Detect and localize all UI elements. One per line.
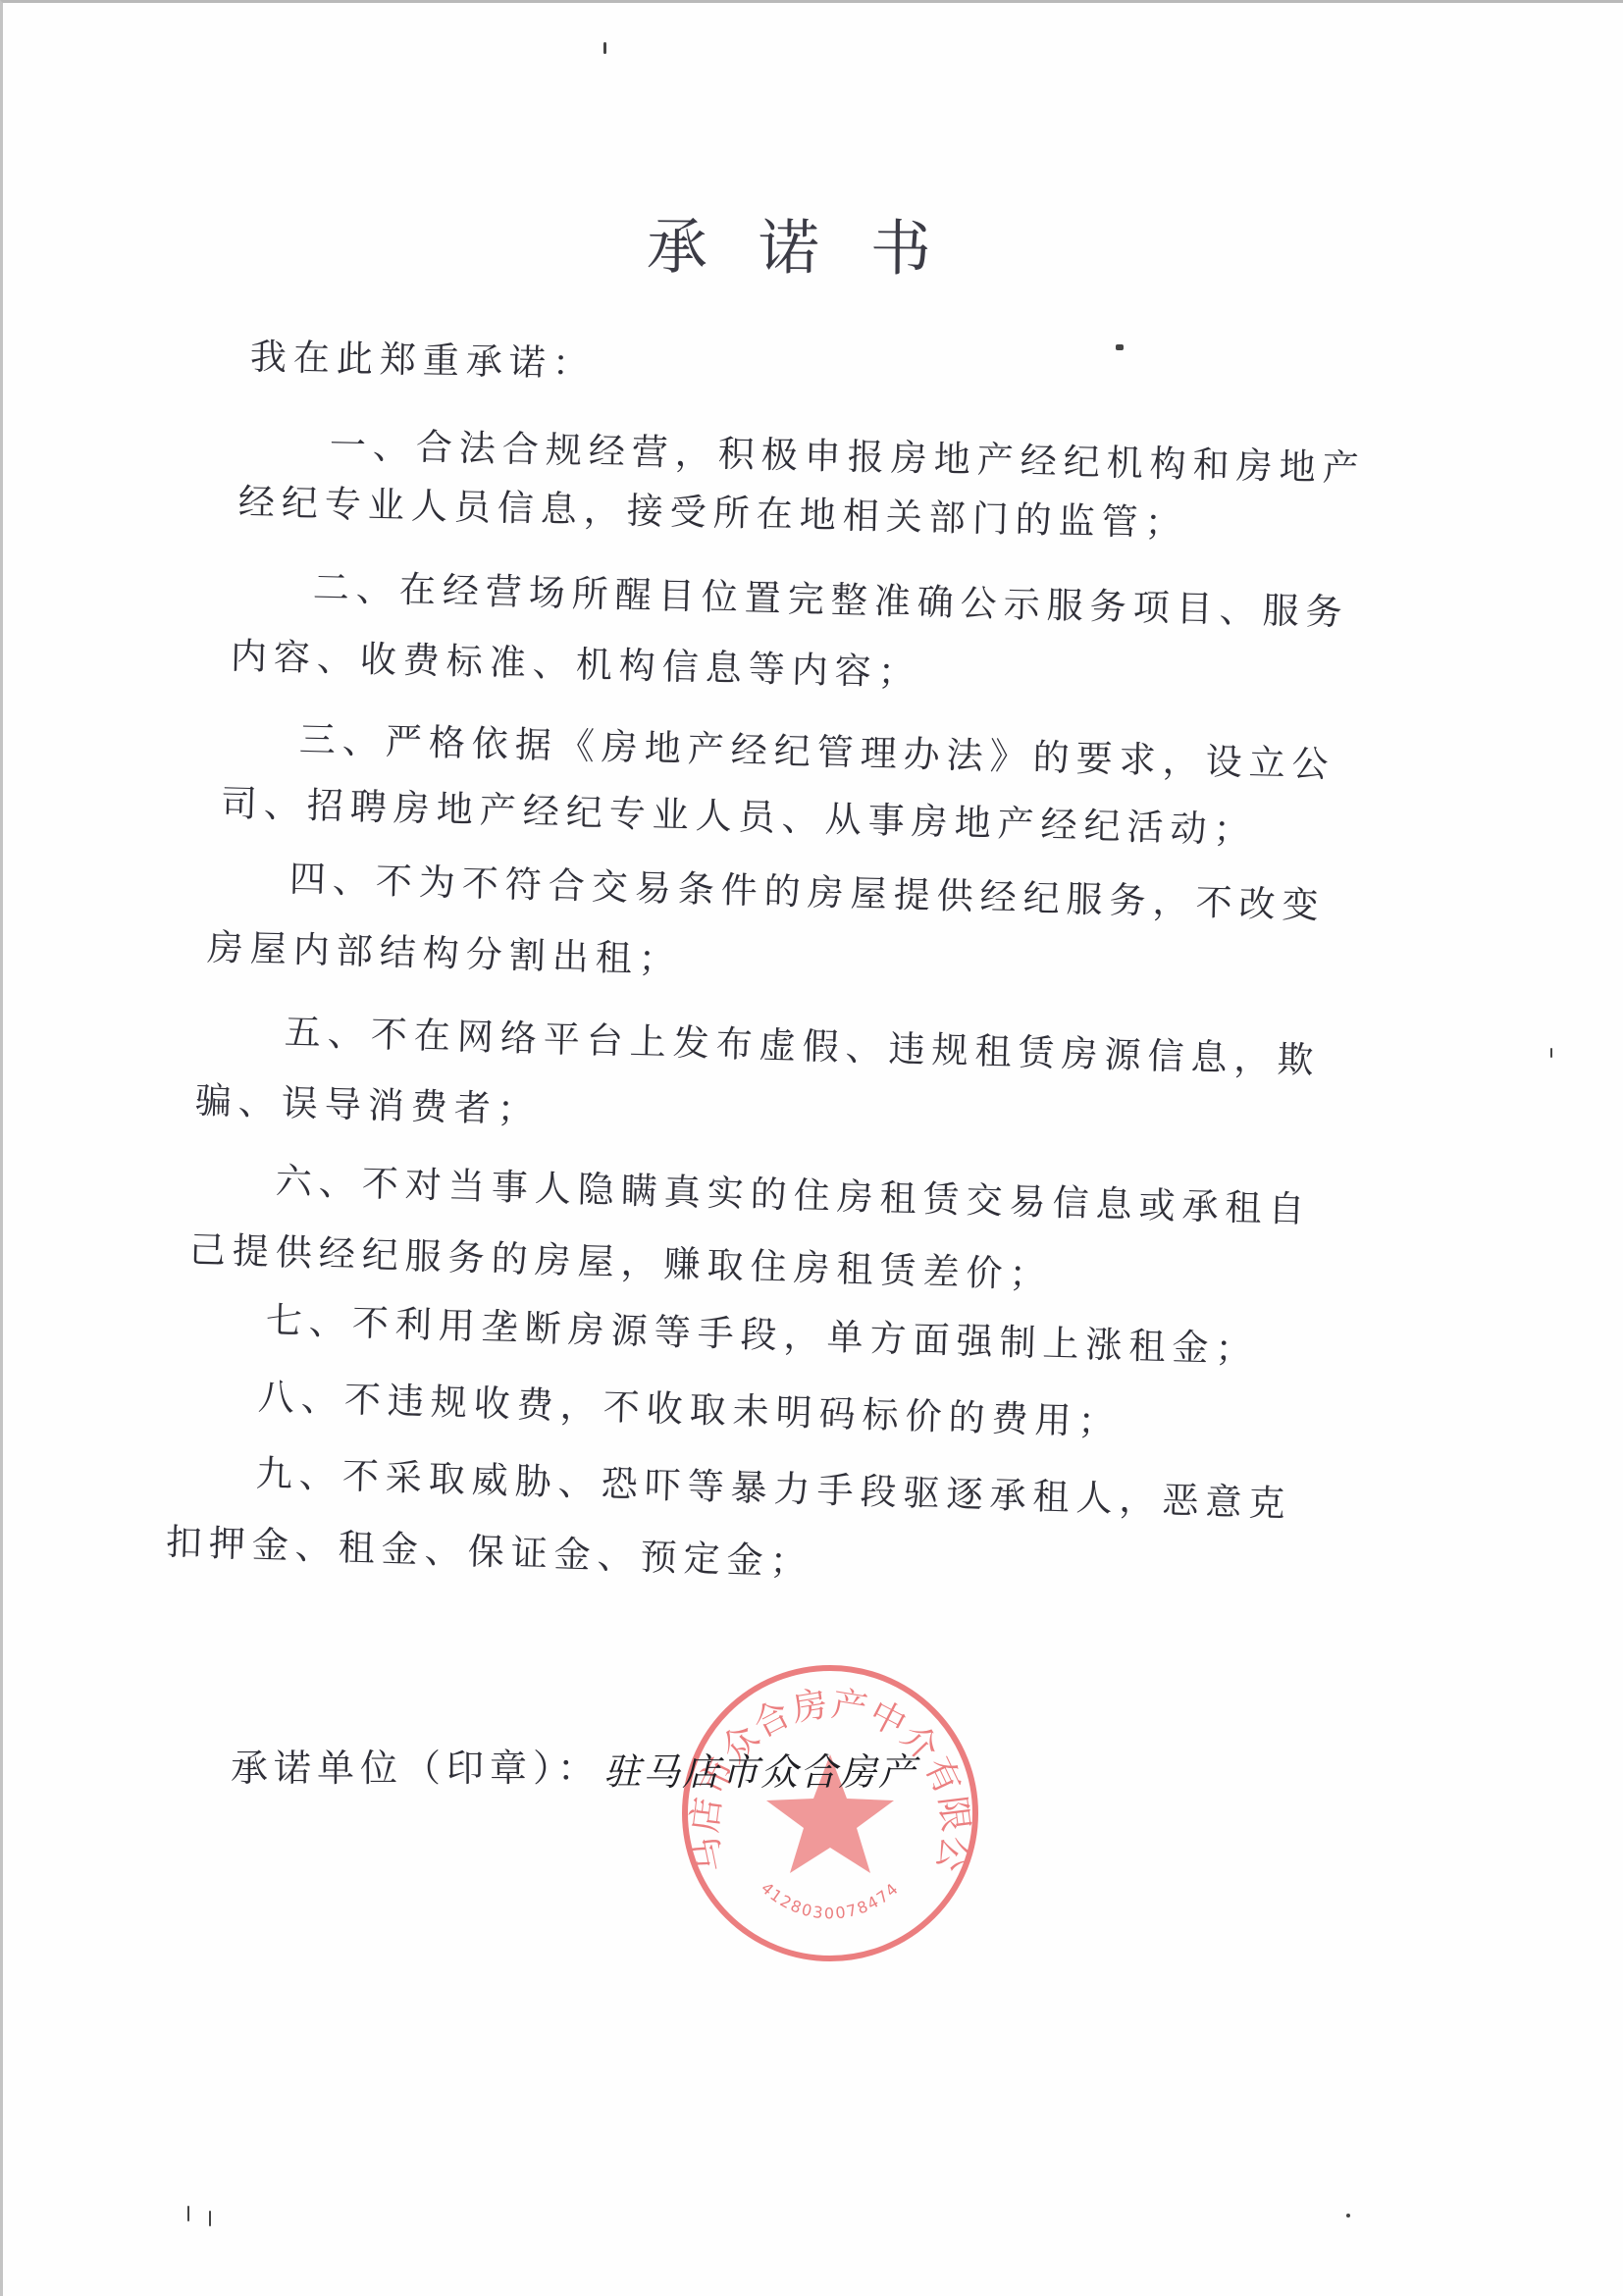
commitment-line: 六、不对当事人隐瞒真实的住房租赁交易信息或承租自 [275, 1151, 1312, 1232]
commitment-line: 房屋内部结构分割出租； [206, 917, 682, 983]
scan-speck [603, 42, 606, 54]
signature-label: 承诺单位（印章）： [231, 1738, 601, 1792]
document-page: 承诺书 我在此郑重承诺： 一、合法合规经营，积极申报房地产经纪机构和房地产 经纪… [0, 0, 1623, 2296]
company-seal: 驻马店市众合房产中介有限公司 4128030078474 [678, 1661, 982, 1965]
commitment-line: 九、不采取威胁、恐吓等暴力手段驱逐承租人，恶意克 [255, 1443, 1292, 1527]
commitment-line: 扣押金、租金、保证金、预定金； [165, 1512, 813, 1586]
document-title: 承诺书 [3, 193, 1623, 292]
handwritten-signature: 驻马店市众合房产 [603, 1742, 917, 1796]
intro-line: 我在此郑重承诺： [249, 327, 596, 387]
scan-speck [1346, 2214, 1350, 2218]
scan-speck [187, 2206, 189, 2221]
commitment-line: 七、不利用垄断房源等手段，单方面强制上涨租金； [265, 1290, 1259, 1373]
commitment-line: 骗、误导消费者； [194, 1070, 541, 1133]
commitment-line: 三、严格依据《房地产经纪管理办法》的要求，设立公 [298, 709, 1335, 788]
commitment-line: 四、不为不符合交易条件的房屋提供经纪服务，不改变 [288, 849, 1326, 929]
commitment-line: 八、不违规收费，不收取未明码标价的费用； [257, 1367, 1122, 1445]
commitment-line: 内容、收费标准、机构信息等内容； [230, 626, 921, 696]
commitment-line: 司、招聘房地产经纪专业人员、从事房地产经纪活动； [220, 773, 1257, 854]
seal-icon: 驻马店市众合房产中介有限公司 4128030078474 [678, 1661, 982, 1965]
scan-speck [1550, 1048, 1552, 1058]
svg-text:4128030078474: 4128030078474 [758, 1878, 903, 1922]
commitment-line: 二、在经营场所醒目位置完整准确公示服务项目、服务 [312, 557, 1349, 636]
scan-speck [209, 2211, 211, 2226]
commitment-line: 己提供经纪服务的房屋，赚取住房租赁差价； [188, 1220, 1053, 1298]
scan-speck [1116, 344, 1124, 350]
commitment-line: 五、不在网络平台上发布虚假、违规租赁房源信息，欺 [284, 1002, 1321, 1083]
